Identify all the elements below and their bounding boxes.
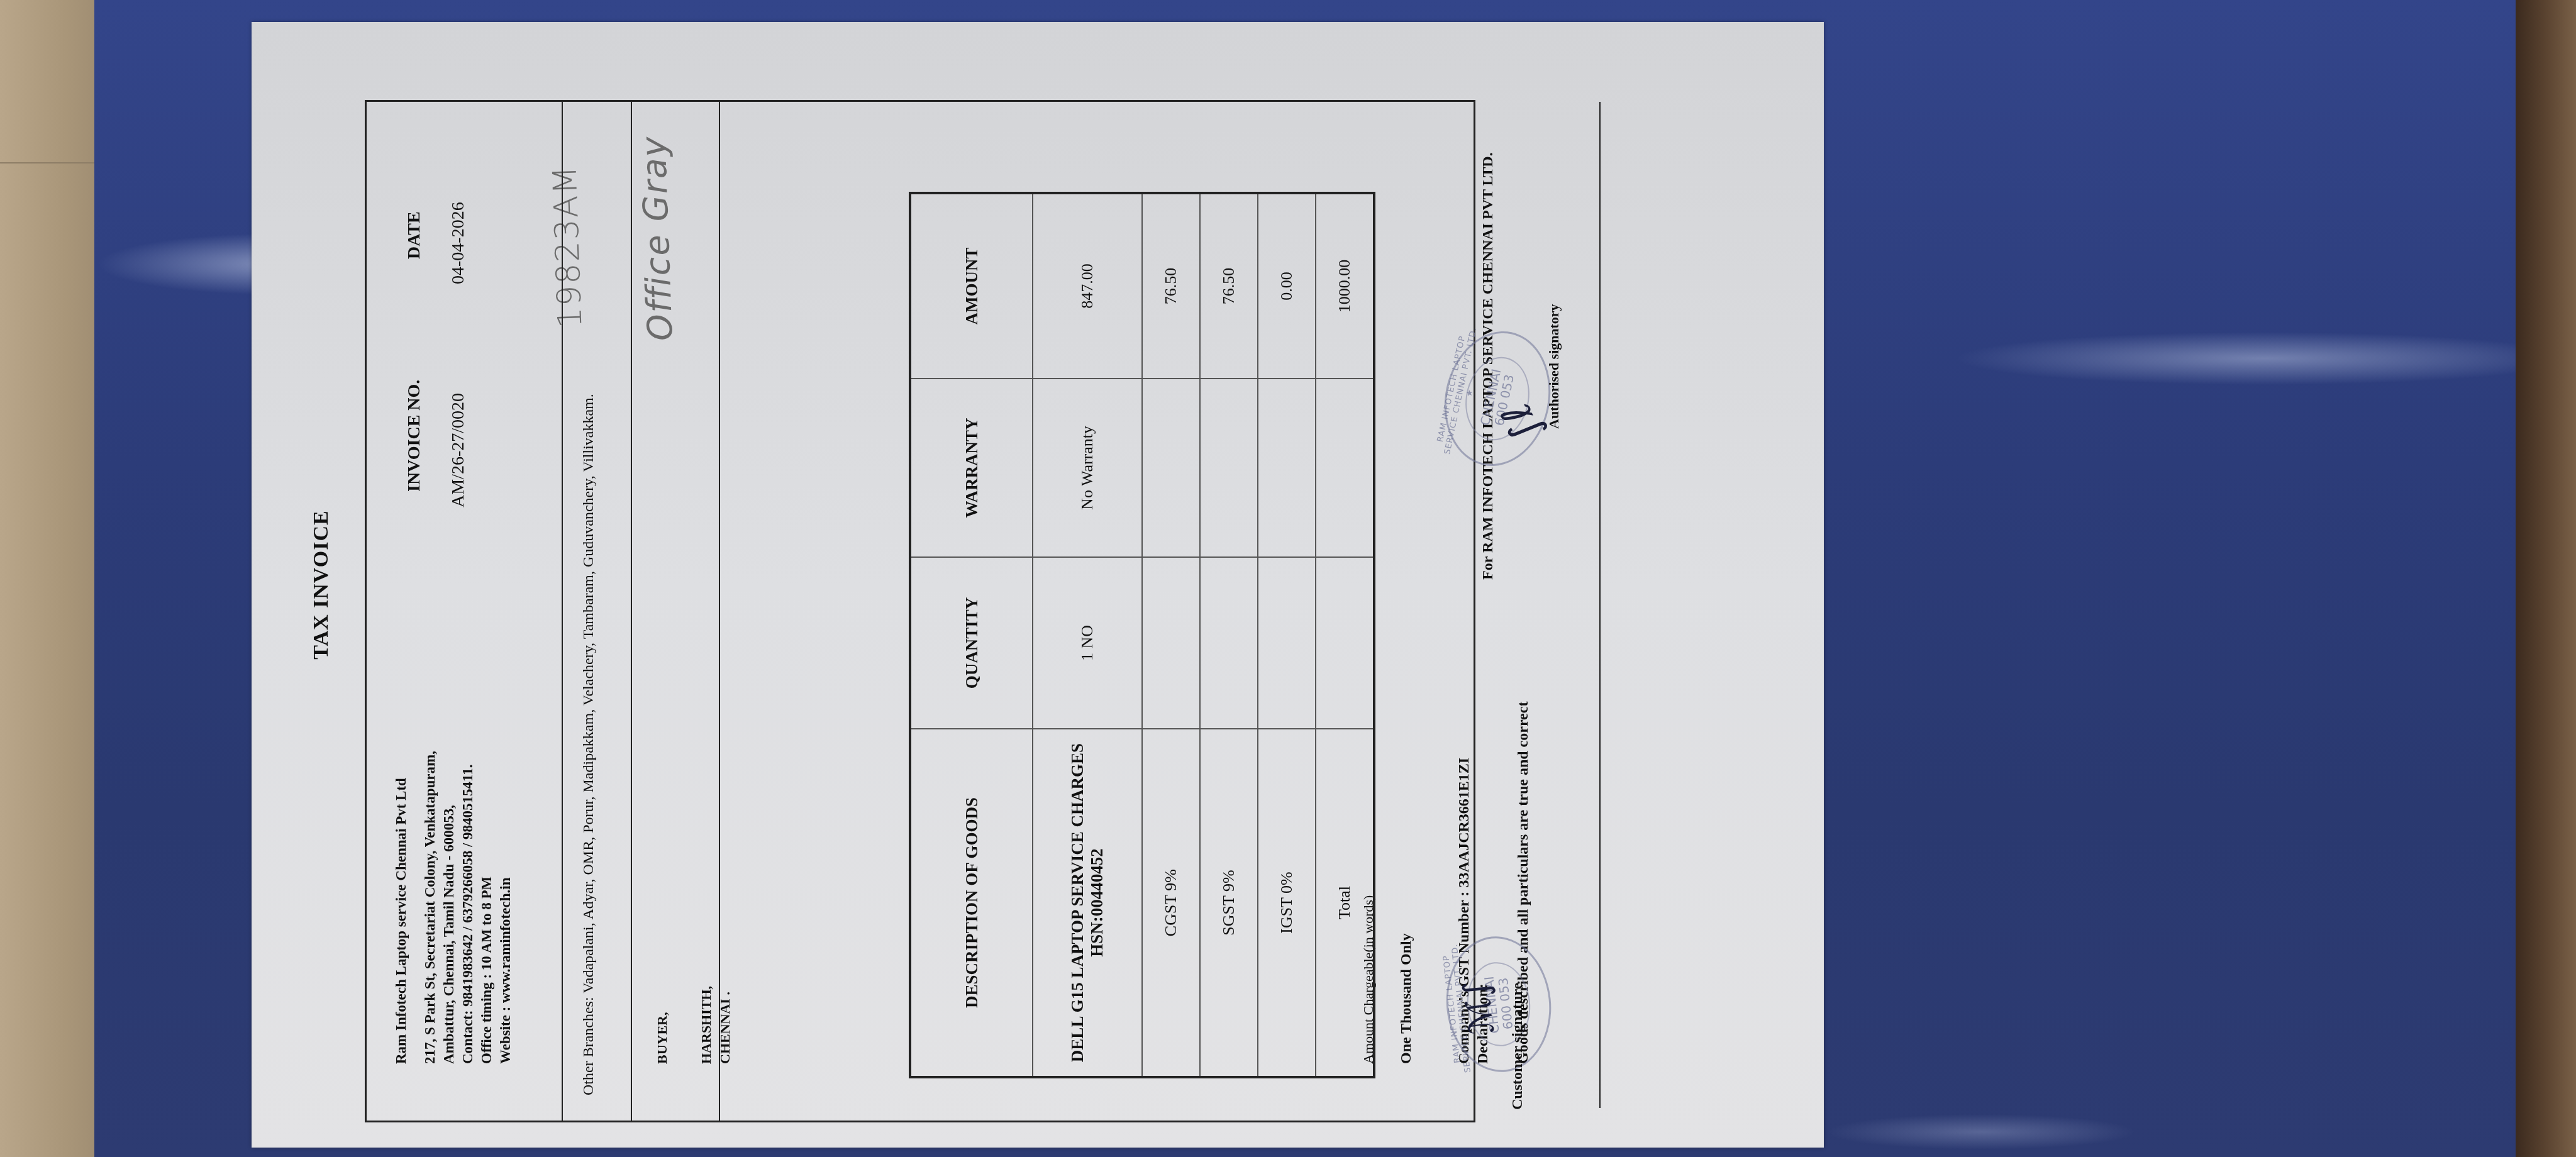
table-row: SGST 9% 76.50 (1200, 193, 1258, 1077)
divider-top (562, 102, 563, 1121)
row-quantity (1258, 557, 1316, 729)
table-header-row: DESCRIPTION OF GOODS QUANTITY WARRANTY A… (910, 193, 1033, 1077)
row-description: DELL G15 LAPTOP SERVICE CHARGES HSN:0044… (1033, 729, 1142, 1077)
divider-buyer (719, 102, 720, 1121)
row-warranty: No Warranty (1033, 379, 1142, 557)
table-row: IGST 0% 0.00 (1258, 193, 1316, 1077)
row-description: Total (1316, 729, 1374, 1077)
row-quantity: 1 NO (1033, 557, 1142, 729)
company-name: Ram Infotech Laptop service Chennai Pvt … (392, 624, 411, 1064)
invoice-title: TAX INVOICE (309, 22, 333, 1148)
row-warranty (1142, 379, 1200, 557)
buyer-name: HARSHITH, (697, 986, 716, 1064)
row-quantity (1142, 557, 1200, 729)
row-amount: 76.50 (1200, 193, 1258, 379)
header-warranty: WARRANTY (910, 379, 1033, 557)
invoice-paper: TAX INVOICE Ram Infotech Laptop service … (252, 22, 1824, 1148)
company-timing: Office timing : 10 AM to 8 PM (477, 624, 496, 1064)
company-block: Ram Infotech Laptop service Chennai Pvt … (392, 624, 515, 1064)
customer-stamp: RAM INFOTECH LAPTOP SERVICE CHENNAI PVT.… (1440, 931, 1558, 1077)
row-warranty (1200, 379, 1258, 557)
invoice-no-value: AM/26-27/0020 (448, 393, 469, 507)
header-quantity: QUANTITY (910, 557, 1033, 729)
item-hsn: HSN:00440452 (1087, 730, 1107, 1075)
buyer-label: BUYER, (653, 986, 672, 1064)
item-description: DELL G15 LAPTOP SERVICE CHARGES (1068, 730, 1087, 1075)
date-value: 04-04-2026 (448, 202, 469, 284)
invoice-no-label: INVOICE NO. (404, 380, 425, 492)
company-address-2: Ambattur, Chennai, Tamil Nadu - 600053, (440, 624, 458, 1064)
handwritten-buyer-note: Office Gray (633, 135, 680, 341)
row-warranty (1258, 379, 1316, 557)
row-amount: 76.50 (1142, 193, 1200, 379)
customer-signature-mark: ℳ∫ (1455, 978, 1502, 1037)
row-description: IGST 0% (1258, 729, 1316, 1077)
authorised-signatory: Authorised signatory (1546, 304, 1562, 429)
divider-branches (631, 102, 632, 1121)
amount-words: One Thousand Only (1398, 933, 1415, 1064)
company-stamp: RAM INFOTECH LAPTOP SERVICE CHENNAI PVT.… (1432, 321, 1562, 476)
table-row-total: Total 1000.00 (1316, 193, 1374, 1077)
row-amount: 847.00 (1033, 193, 1142, 379)
table-row: DELL G15 LAPTOP SERVICE CHARGES HSN:0044… (1033, 193, 1142, 1077)
row-amount: 1000.00 (1316, 193, 1374, 379)
divider-signature (1599, 102, 1601, 1108)
row-description: CGST 9% (1142, 729, 1200, 1077)
company-address-1: 217, S Park St, Secretariat Colony, Venk… (421, 624, 440, 1064)
header-amount: AMOUNT (910, 193, 1033, 379)
row-quantity (1316, 557, 1374, 729)
other-branches: Other Branches: Vadapalani, Adyar, OMR, … (580, 114, 597, 1095)
row-amount: 0.00 (1258, 193, 1316, 379)
table-row: CGST 9% 76.50 (1142, 193, 1200, 1077)
company-contact: Contact: 9841983642 / 6379266058 / 98405… (458, 624, 477, 1064)
background-wall (0, 0, 110, 1157)
wall-seam (0, 162, 94, 163)
row-quantity (1200, 557, 1258, 729)
company-website: Website : www.raminfotech.in (496, 624, 515, 1064)
table-edge (2516, 0, 2576, 1157)
row-warranty (1316, 379, 1374, 557)
customer-signature-label: Customer signature (1509, 983, 1526, 1110)
goods-table: DESCRIPTION OF GOODS QUANTITY WARRANTY A… (909, 192, 1375, 1078)
header-description: DESCRIPTION OF GOODS (910, 729, 1033, 1077)
date-label: DATE (404, 211, 425, 259)
row-description: SGST 9% (1200, 729, 1258, 1077)
buyer-block: BUYER, HARSHITH, CHENNAI . (653, 986, 735, 1064)
